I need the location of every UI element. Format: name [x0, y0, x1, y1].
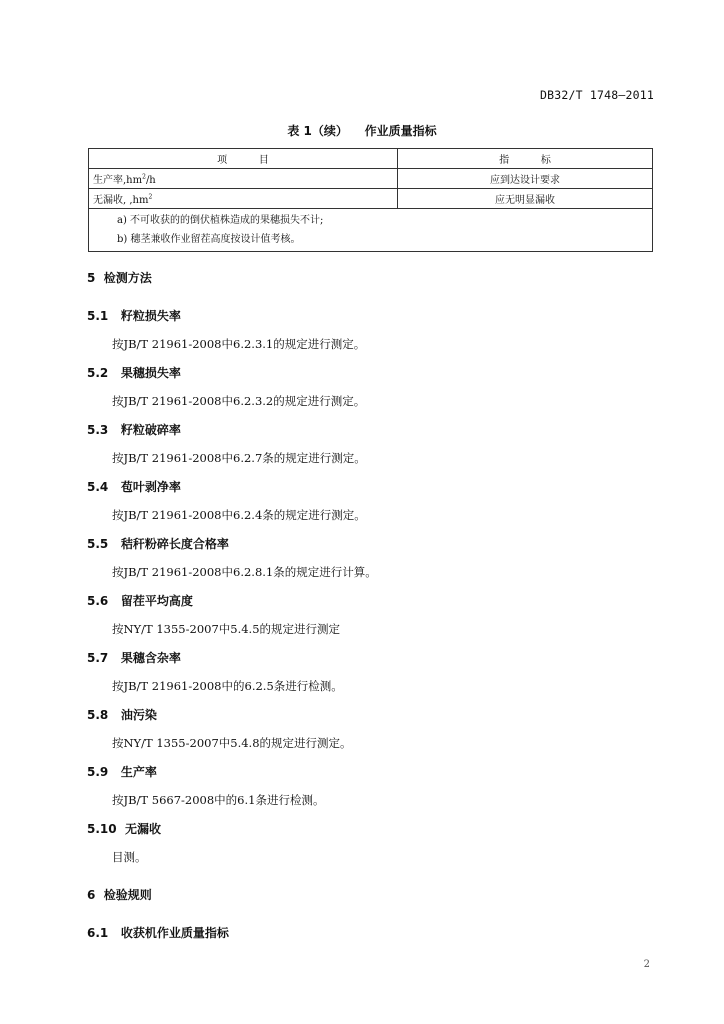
- table-header-row: 项 目 指 标: [89, 149, 653, 169]
- section-number: 5.7: [87, 651, 108, 665]
- section-number: 5.6: [87, 594, 108, 608]
- row-item-text: 生产率,hm: [93, 175, 142, 186]
- section-body: 按JB/T 21961-2008中6.2.3.1的规定进行测定。: [112, 336, 365, 352]
- subsection-heading: 5.1 籽粒损失率: [87, 307, 181, 324]
- table-caption: 表 1（续） 作业质量指标: [0, 122, 724, 139]
- section-body: 按NY/T 1355-2007中5.4.5的规定进行测定: [112, 621, 340, 637]
- section-body: 按JB/T 21961-2008中6.2.7条的规定进行测定。: [112, 450, 366, 466]
- section-number: 5.9: [87, 765, 108, 779]
- section-title: 果穗损失率: [121, 366, 181, 380]
- section-title: 油污染: [121, 708, 157, 722]
- section-title: 籽粒破碎率: [121, 423, 181, 437]
- section-number: 5: [87, 271, 95, 285]
- section-body: 按JB/T 5667-2008中的6.1条进行检测。: [112, 792, 324, 808]
- table-note: a) 不可收获的的倒伏植株造成的果穗损失不计;: [117, 211, 648, 230]
- subsection-heading: 5.4 苞叶剥净率: [87, 478, 181, 495]
- subsection-heading: 5.3 籽粒破碎率: [87, 421, 181, 438]
- section-title: 果穗含杂率: [121, 651, 181, 665]
- table-notes-row: a) 不可收获的的倒伏植株造成的果穗损失不计; b) 穗茎兼收作业留茬高度按设计…: [89, 209, 653, 252]
- doc-code: DB32/T 1748—2011: [540, 88, 654, 102]
- table-row: 生产率,hm2/h 应到达设计要求: [89, 169, 653, 189]
- section-number: 6.1: [87, 926, 108, 940]
- table-notes: a) 不可收获的的倒伏植株造成的果穗损失不计; b) 穗茎兼收作业留茬高度按设计…: [89, 209, 653, 252]
- subsection-heading: 5.7 果穗含杂率: [87, 649, 181, 666]
- section-number: 5.5: [87, 537, 108, 551]
- header-indicator: 指 标: [398, 149, 653, 169]
- subsection-heading: 5.9 生产率: [87, 763, 157, 780]
- section-body: 按JB/T 21961-2008中6.2.8.1条的规定进行计算。: [112, 564, 377, 580]
- section-number: 5.1: [87, 309, 108, 323]
- section-number: 5.10: [87, 822, 117, 836]
- row-value: 应无明显漏收: [398, 189, 653, 209]
- section-title: 籽粒损失率: [121, 309, 181, 323]
- table-note: b) 穗茎兼收作业留茬高度按设计值考核。: [117, 230, 648, 249]
- section-body: 按NY/T 1355-2007中5.4.8的规定进行测定。: [112, 735, 352, 751]
- row-item: 无漏收, ,hm2: [89, 189, 398, 209]
- section-title: 留茬平均高度: [121, 594, 193, 608]
- header-item: 项 目: [89, 149, 398, 169]
- section-heading: 5 检测方法: [87, 269, 152, 286]
- row-item-text: 无漏收, ,hm: [93, 195, 148, 206]
- section-title: 检验规则: [104, 888, 152, 902]
- subsection-heading: 6.1 收获机作业质量指标: [87, 924, 229, 941]
- section-title: 检测方法: [104, 271, 152, 285]
- subsection-heading: 5.5 秸秆粉碎长度合格率: [87, 535, 229, 552]
- subsection-heading: 5.2 果穗损失率: [87, 364, 181, 381]
- row-item: 生产率,hm2/h: [89, 169, 398, 189]
- section-body: 按JB/T 21961-2008中6.2.3.2的规定进行测定。: [112, 393, 365, 409]
- subsection-heading: 5.10 无漏收: [87, 820, 161, 837]
- section-body: 按JB/T 21961-2008中6.2.4条的规定进行测定。: [112, 507, 366, 523]
- section-number: 5.3: [87, 423, 108, 437]
- row-value: 应到达设计要求: [398, 169, 653, 189]
- row-item-sup: 2: [148, 194, 152, 201]
- row-item-suffix: /h: [146, 175, 156, 186]
- section-number: 5.8: [87, 708, 108, 722]
- section-title: 生产率: [121, 765, 157, 779]
- section-number: 5.2: [87, 366, 108, 380]
- subsection-heading: 5.6 留茬平均高度: [87, 592, 193, 609]
- section-number: 6: [87, 888, 95, 902]
- header-item-label: 项 目: [217, 155, 269, 166]
- page-number: 2: [644, 959, 650, 970]
- section-title: 苞叶剥净率: [121, 480, 181, 494]
- subsection-heading: 5.8 油污染: [87, 706, 157, 723]
- quality-table: 项 目 指 标 生产率,hm2/h 应到达设计要求 无漏收, ,hm2 应无明显…: [88, 148, 653, 252]
- section-body: 目测。: [112, 849, 147, 865]
- section-number: 5.4: [87, 480, 108, 494]
- section-title: 秸秆粉碎长度合格率: [121, 537, 229, 551]
- table-row: 无漏收, ,hm2 应无明显漏收: [89, 189, 653, 209]
- section-heading: 6 检验规则: [87, 886, 152, 903]
- section-body: 按JB/T 21961-2008中的6.2.5条进行检测。: [112, 678, 343, 694]
- section-title: 收获机作业质量指标: [121, 926, 229, 940]
- header-indicator-label: 指 标: [499, 155, 551, 166]
- section-title: 无漏收: [125, 822, 161, 836]
